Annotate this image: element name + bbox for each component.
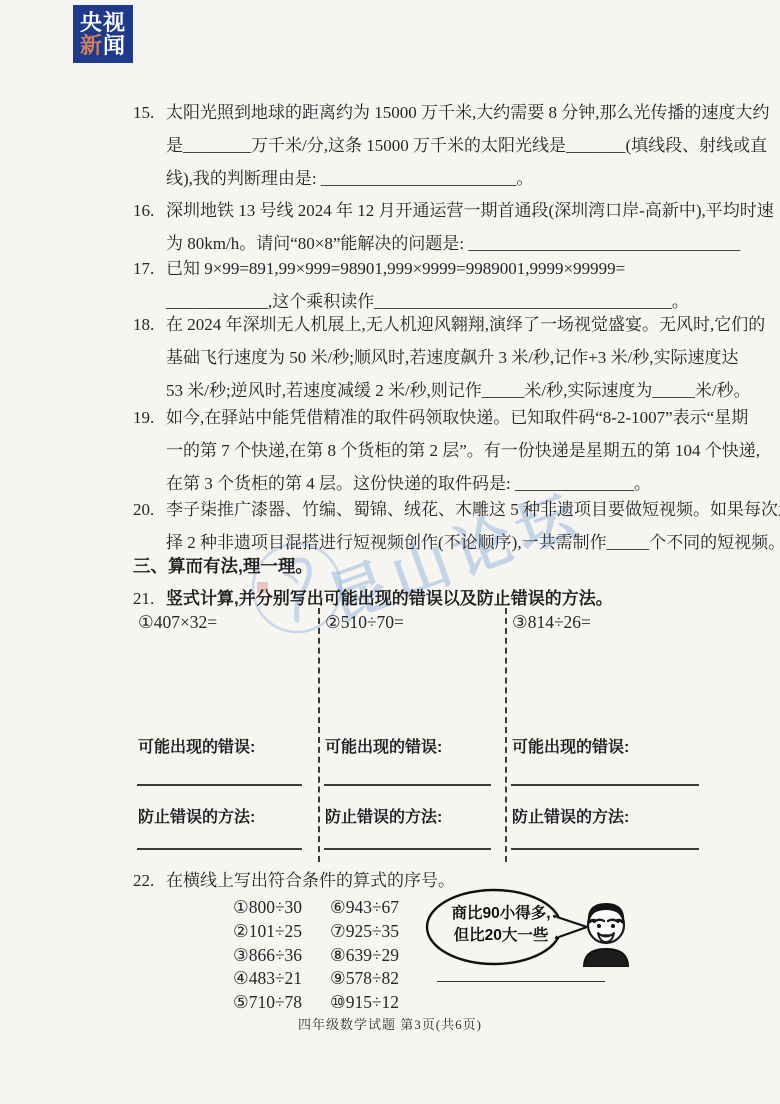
question-line: 已知 9×99=891,99×999=98901,999×9999=998900…	[166, 252, 733, 285]
q21-error-label: 可能出现的错误:	[512, 734, 629, 757]
page-footer: 四年级数学试题 第3页(共6页)	[0, 1014, 780, 1033]
bubble-line1: 商比90小得多,	[436, 903, 566, 925]
list-item: ⑧639÷29	[330, 944, 399, 968]
list-item: ④483÷21	[233, 967, 330, 991]
logo-char-wen: 闻	[103, 33, 126, 58]
bubble-line2: 但比20大一些	[436, 925, 566, 947]
q21-column-3: ③814÷26= 可能出现的错误: 防止错误的方法:	[505, 608, 715, 862]
list-row: ③866÷36⑧639÷29	[233, 944, 399, 968]
q21-method-label: 防止错误的方法:	[512, 804, 629, 827]
list-item: ⑦925÷35	[330, 920, 399, 944]
q21-problem-3: ③814÷26=	[512, 612, 591, 633]
q21-error-answer-line	[511, 784, 699, 786]
question-number: 22.	[133, 864, 166, 897]
cctv-news-logo: 央视 新闻	[73, 5, 133, 63]
list-item: ⑤710÷78	[233, 991, 330, 1015]
q22-expression-list: ①800÷30⑥943÷67 ②101÷25⑦925÷35 ③866÷36⑧63…	[233, 896, 399, 1015]
list-item: ③866÷36	[233, 944, 330, 968]
bubble-text: 商比90小得多, 但比20大一些	[436, 903, 566, 947]
q21-method-label: 防止错误的方法:	[138, 804, 255, 827]
question-number: 18.	[133, 308, 166, 407]
q21-method-label: 防止错误的方法:	[325, 804, 442, 827]
question-18: 18. 在 2024 年深圳无人机展上,无人机迎风翱翔,演绎了一场视觉盛宴。无风…	[133, 308, 733, 407]
question-line: 深圳地铁 13 号线 2024 年 12 月开通运营一期首通段(深圳湾口岸-高新…	[166, 194, 774, 227]
boy-face-icon	[574, 895, 638, 967]
q21-error-answer-line	[324, 784, 491, 786]
question-line: 太阳光照到地球的距离约为 15000 万千米,大约需要 8 分钟,那么光传播的速…	[166, 96, 770, 129]
question-line: 是________万千米/分,这条 15000 万千米的太阳光线是_______…	[166, 129, 770, 162]
list-row: ⑤710÷78⑩915÷12	[233, 991, 399, 1015]
question-number: 20.	[133, 493, 166, 559]
question-16: 16. 深圳地铁 13 号线 2024 年 12 月开通运营一期首通段(深圳湾口…	[133, 194, 733, 260]
question-15: 15. 太阳光照到地球的距离约为 15000 万千米,大约需要 8 分钟,那么光…	[133, 96, 733, 195]
question-19: 19. 如今,在驿站中能凭借精准的取件码领取快递。已知取件码“8-2-1007”…	[133, 401, 733, 500]
question-line: 一的第 7 个快递,在第 8 个货柜的第 2 层”。有一份快递是星期五的第 10…	[166, 434, 760, 467]
question-line: 在 2024 年深圳无人机展上,无人机迎风翱翔,演绎了一场视觉盛宴。无风时,它们…	[166, 308, 765, 341]
list-item: ⑥943÷67	[330, 896, 399, 920]
question-number: 19.	[133, 401, 166, 500]
question-line: 线),我的判断理由是: _______________________。	[166, 162, 770, 195]
logo-line2: 新闻	[80, 34, 126, 57]
q21-error-answer-line	[137, 784, 302, 786]
q21-problem-2: ②510÷70=	[325, 612, 404, 633]
list-item: ②101÷25	[233, 920, 330, 944]
q21-problem-1: ①407×32=	[138, 612, 217, 633]
list-row: ①800÷30⑥943÷67	[233, 896, 399, 920]
q21-workspace: ①407×32= 可能出现的错误: 防止错误的方法: ②510÷70= 可能出现…	[133, 608, 713, 862]
q21-error-label: 可能出现的错误:	[325, 734, 442, 757]
q21-column-1: ①407×32= 可能出现的错误: 防止错误的方法:	[133, 608, 318, 862]
logo-line1: 央视	[80, 11, 126, 34]
exam-page: 央视 新闻 昆山论坛 15. 太阳光照到地球的距离约为 15000 万千米,大约…	[0, 0, 780, 1104]
question-line: 如今,在驿站中能凭借精准的取件码领取快递。已知取件码“8-2-1007”表示“星…	[166, 401, 760, 434]
q22-answer-line	[437, 981, 605, 982]
section-three-heading: 三、算而有法,理一理。	[133, 553, 313, 578]
question-line: 基础飞行速度为 50 米/秒;顺风时,若速度飙升 3 米/秒,记作+3 米/秒,…	[166, 341, 765, 374]
q21-method-answer-line	[137, 848, 302, 850]
q21-error-label: 可能出现的错误:	[138, 734, 255, 757]
logo-char-xin: 新	[80, 33, 103, 58]
list-item: ⑩915÷12	[330, 991, 399, 1015]
list-item: ⑨578÷82	[330, 967, 399, 991]
list-item: ①800÷30	[233, 896, 330, 920]
list-row: ②101÷25⑦925÷35	[233, 920, 399, 944]
q21-column-2: ②510÷70= 可能出现的错误: 防止错误的方法:	[318, 608, 507, 862]
question-number: 16.	[133, 194, 166, 260]
q21-method-answer-line	[324, 848, 491, 850]
question-20: 20. 李子柒推广漆器、竹编、蜀锦、绒花、木雕这 5 种非遗项目要做短视频。如果…	[133, 493, 733, 559]
question-line: 李子柒推广漆器、竹编、蜀锦、绒花、木雕这 5 种非遗项目要做短视频。如果每次选	[166, 493, 780, 526]
q21-method-answer-line	[511, 848, 699, 850]
question-number: 15.	[133, 96, 166, 195]
list-row: ④483÷21⑨578÷82	[233, 967, 399, 991]
